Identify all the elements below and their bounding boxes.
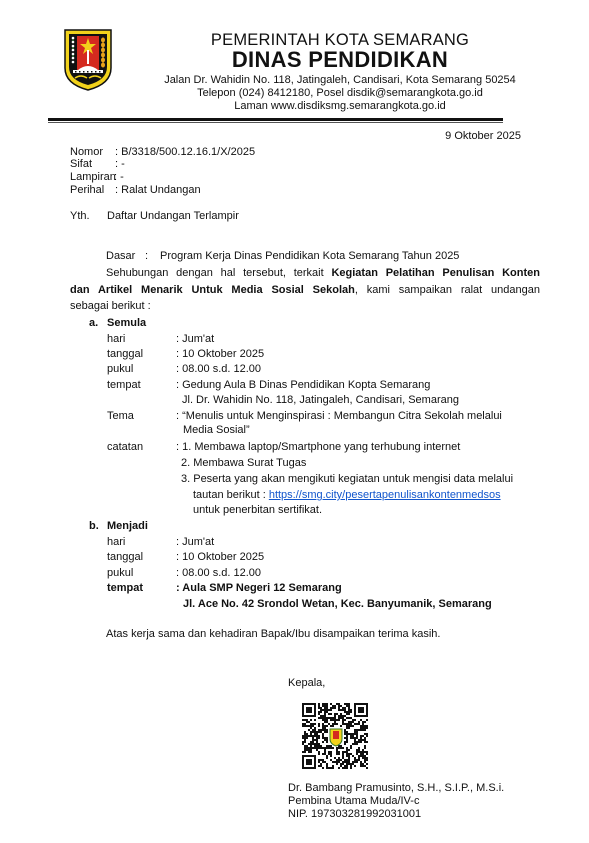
semula-catatan-item-3-tail: untuk penerbitan sertifikat. (193, 503, 322, 517)
semula-pukul-value: : 08.00 s.d. 12.00 (176, 362, 261, 376)
semula-marker: a. (89, 316, 98, 330)
semula-pukul-label: pukul (107, 362, 133, 376)
semula-tema-label: Tema (107, 409, 134, 423)
semula-tempat-value-2: Jl. Dr. Wahidin No. 118, Jatingaleh, Can… (182, 393, 459, 407)
semula-tempat-label: tempat (107, 378, 141, 392)
letterhead-department: DINAS PENDIDIKAN (120, 46, 560, 75)
menjadi-tempat-value-2: Jl. Ace No. 42 Srondol Wetan, Kec. Banyu… (183, 597, 492, 611)
letterhead-website: Laman www.disdiksmg.semarangkota.go.id (120, 99, 560, 113)
city-emblem-icon (63, 28, 113, 92)
menjadi-tempat-value-1: : Aula SMP Negeri 12 Semarang (176, 581, 342, 595)
qr-code-signature-icon (302, 703, 370, 769)
menjadi-pukul-value: : 08.00 s.d. 12.00 (176, 566, 261, 580)
semula-catatan-label: catatan (107, 440, 143, 454)
semula-catatan-item-2: 2. Membawa Surat Tugas (181, 456, 306, 470)
semula-hari-label: hari (107, 332, 125, 346)
registration-link[interactable]: https://smg.city/pesertapenulisankontenm… (269, 489, 501, 501)
semula-catatan-item-3-link-line: tautan berikut : https://smg.city/pesert… (193, 488, 501, 502)
letter-date: 9 Oktober 2025 (445, 129, 521, 143)
signatory-nip: NIP. 197303281992031001 (288, 807, 421, 821)
menjadi-tempat-label: tempat (107, 581, 143, 595)
semula-catatan-item-1: : 1. Membawa laptop/Smartphone yang terh… (176, 440, 460, 454)
meta-value-nomor: : B/3318/500.12.16.1/X/2025 (115, 145, 255, 159)
menjadi-pukul-label: pukul (107, 566, 133, 580)
intro-paragraph-line-3: sebagai berikut : (70, 299, 151, 313)
meta-label-perihal: Perihal (70, 183, 104, 197)
letterhead-divider-thin (48, 122, 503, 123)
semula-hari-value: : Jum'at (176, 332, 214, 346)
intro-paragraph-line-2: dan Artikel Menarik Untuk Media Sosial S… (70, 283, 540, 297)
dasar-sep: : (145, 249, 148, 263)
letterhead-divider (48, 118, 503, 121)
signature-title: Kepala, (288, 676, 325, 690)
menjadi-title: Menjadi (107, 519, 148, 533)
menjadi-tanggal-label: tanggal (107, 550, 143, 564)
semula-tema-value-2: Media Sosial” (183, 423, 250, 437)
semula-tempat-value-1: : Gedung Aula B Dinas Pendidikan Kopta S… (176, 378, 430, 392)
menjadi-marker: b. (89, 519, 99, 533)
semula-title: Semula (107, 316, 146, 330)
closing-sentence: Atas kerja sama dan kehadiran Bapak/Ibu … (106, 627, 440, 641)
dasar-value: Program Kerja Dinas Pendidikan Kota Sema… (160, 249, 459, 263)
menjadi-hari-label: hari (107, 535, 125, 549)
semula-tanggal-value: : 10 Oktober 2025 (176, 347, 264, 361)
dasar-label: Dasar (106, 249, 135, 263)
recipient-label: Yth. (70, 209, 90, 223)
meta-value-perihal: : Ralat Undangan (115, 183, 201, 197)
semula-tema-value-1: : “Menulis untuk Menginspirasi : Membang… (176, 409, 502, 423)
menjadi-tanggal-value: : 10 Oktober 2025 (176, 550, 264, 564)
semula-catatan-item-3: 3. Peserta yang akan mengikuti kegiatan … (181, 472, 513, 486)
recipient-value: Daftar Undangan Terlampir (107, 209, 239, 223)
intro-paragraph-line-1: Sehubungan dengan hal tersebut, terkait … (106, 266, 540, 280)
menjadi-hari-value: : Jum'at (176, 535, 214, 549)
semula-tanggal-label: tanggal (107, 347, 143, 361)
